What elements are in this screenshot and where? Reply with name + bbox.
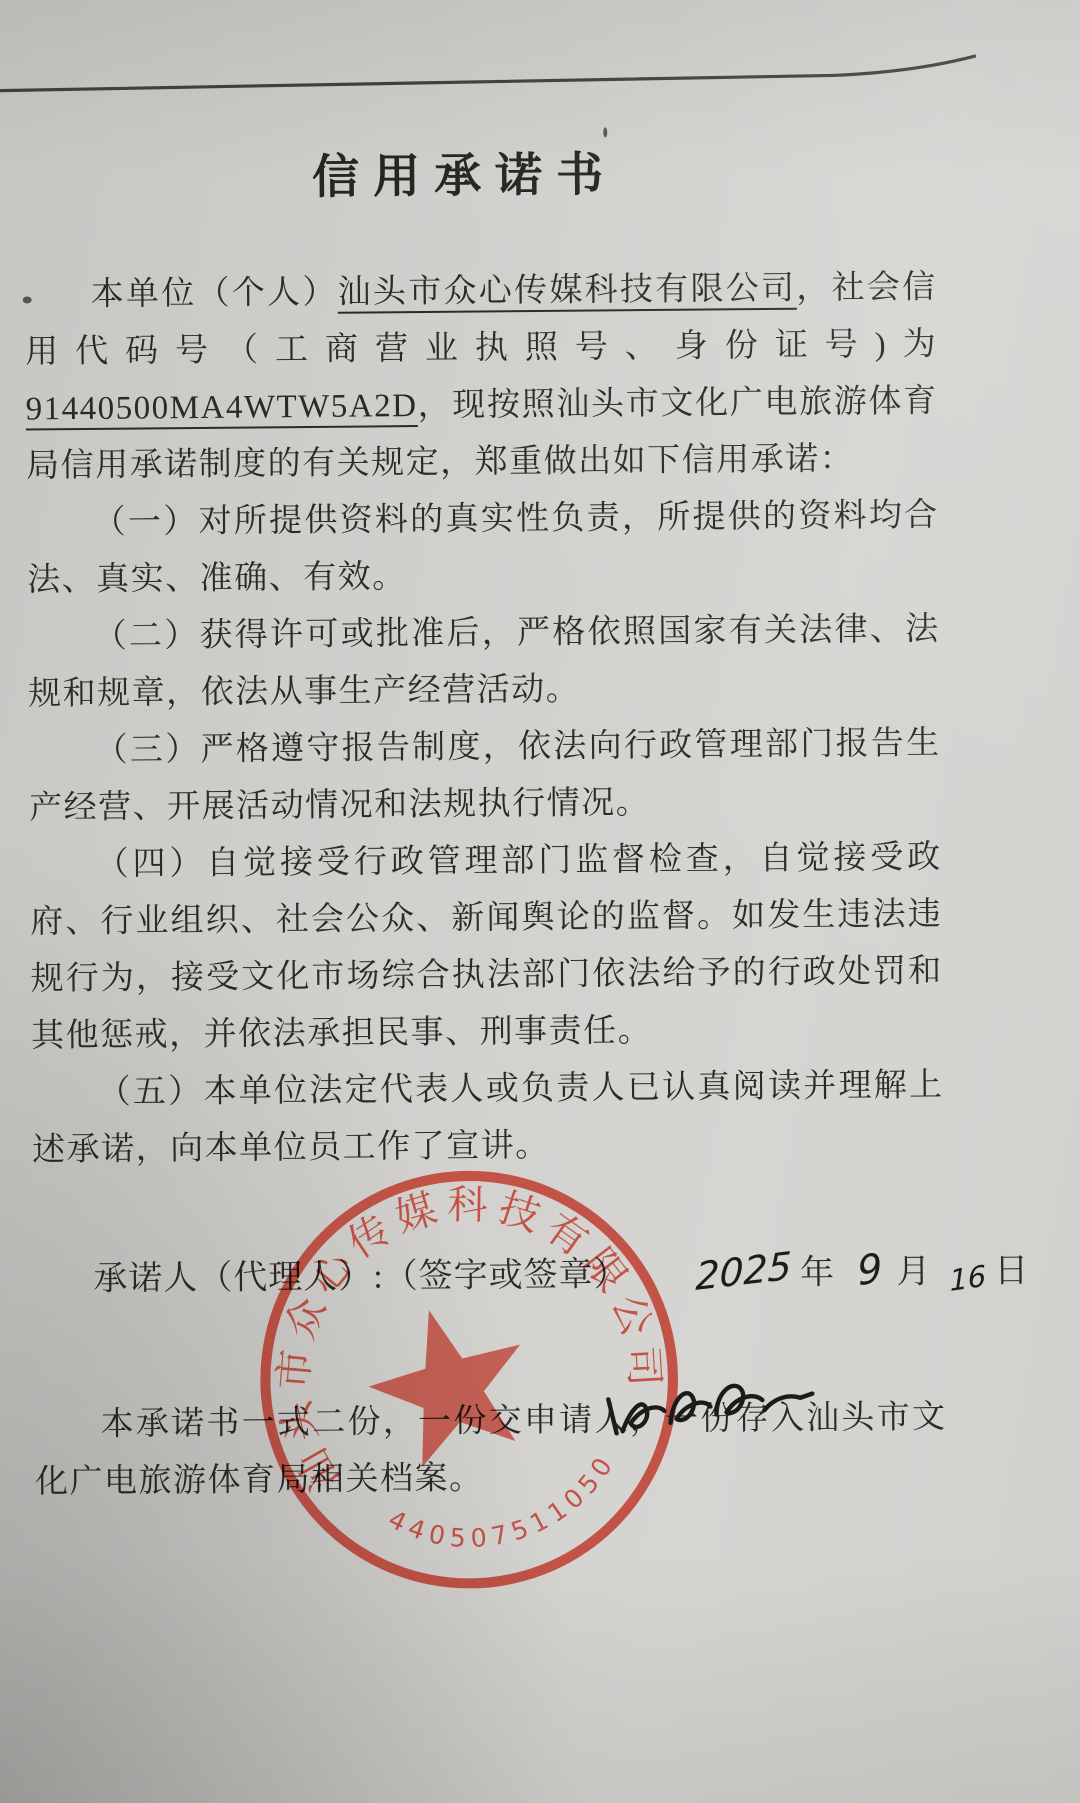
body-text: 本单位（个人）汕头市众心传媒科技有限公司，社会信用代码号（工商营业执照号、身份证…: [0, 258, 1080, 1179]
handwritten-month: 9: [855, 1245, 884, 1296]
body-paragraph: （三）严格遵守报告制度，依法向行政管理部门报告生产经营、开展活动情况和法规执行情…: [28, 715, 941, 837]
year-unit: 年: [800, 1244, 835, 1293]
text-segment: 本单位（个人）: [91, 275, 338, 313]
paper-speck: [23, 296, 32, 303]
document-photo: 信用承诺书 本单位（个人）汕头市众心传媒科技有限公司，社会信用代码号（工商营业执…: [0, 0, 1080, 1803]
date-group: 2025 年 9 月 16 日: [695, 1243, 1031, 1295]
handwritten-year: 2025: [695, 1244, 792, 1299]
paper-speck: [603, 127, 607, 137]
page-title: 信用承诺书: [0, 135, 936, 210]
text-segment: （四）自觉接受行政管理部门监督检查，自觉接受政府、行业组织、社会公众、新闻舆论的…: [30, 839, 943, 1054]
body-paragraph: （二）获得许可或批准后，严格依照国家有关法律、法规和规章，依法从事生产经营活动。: [27, 602, 940, 724]
body-paragraph: （一）对所提供资料的真实性负责，所提供的资料均合法、真实、准确、有效。: [26, 488, 939, 610]
seal-star-icon: [353, 1289, 544, 1475]
underlined-text: 汕头市众心传媒科技有限公司: [338, 271, 797, 314]
page-top-edge-line: [0, 48, 993, 117]
handwritten-day: 16: [949, 1258, 987, 1298]
body-paragraph: 本单位（个人）汕头市众心传媒科技有限公司，社会信用代码号（工商营业执照号、身份证…: [24, 260, 938, 496]
handwritten-signature: [602, 1370, 823, 1472]
body-paragraph: （四）自觉接受行政管理部门监督检查，自觉接受政府、行业组织、社会公众、新闻舆论的…: [29, 829, 943, 1065]
underlined-text: 91440500MA4WTW5A2D: [26, 388, 418, 430]
month-unit: 月: [896, 1244, 931, 1293]
text-segment: （一）对所提供资料的真实性负责，所提供的资料均合法、真实、准确、有效。: [27, 498, 939, 599]
text-segment: （三）严格遵守报告制度，依法向行政管理部门报告生产经营、开展活动情况和法规执行情…: [29, 725, 941, 826]
day-unit: 日: [994, 1243, 1029, 1292]
document-page: 信用承诺书 本单位（个人）汕头市众心传媒科技有限公司，社会信用代码号（工商营业执…: [0, 0, 1080, 1803]
text-segment: （二）获得许可或批准后，严格依照国家有关法律、法规和规章，依法从事生产经营活动。: [28, 612, 940, 713]
